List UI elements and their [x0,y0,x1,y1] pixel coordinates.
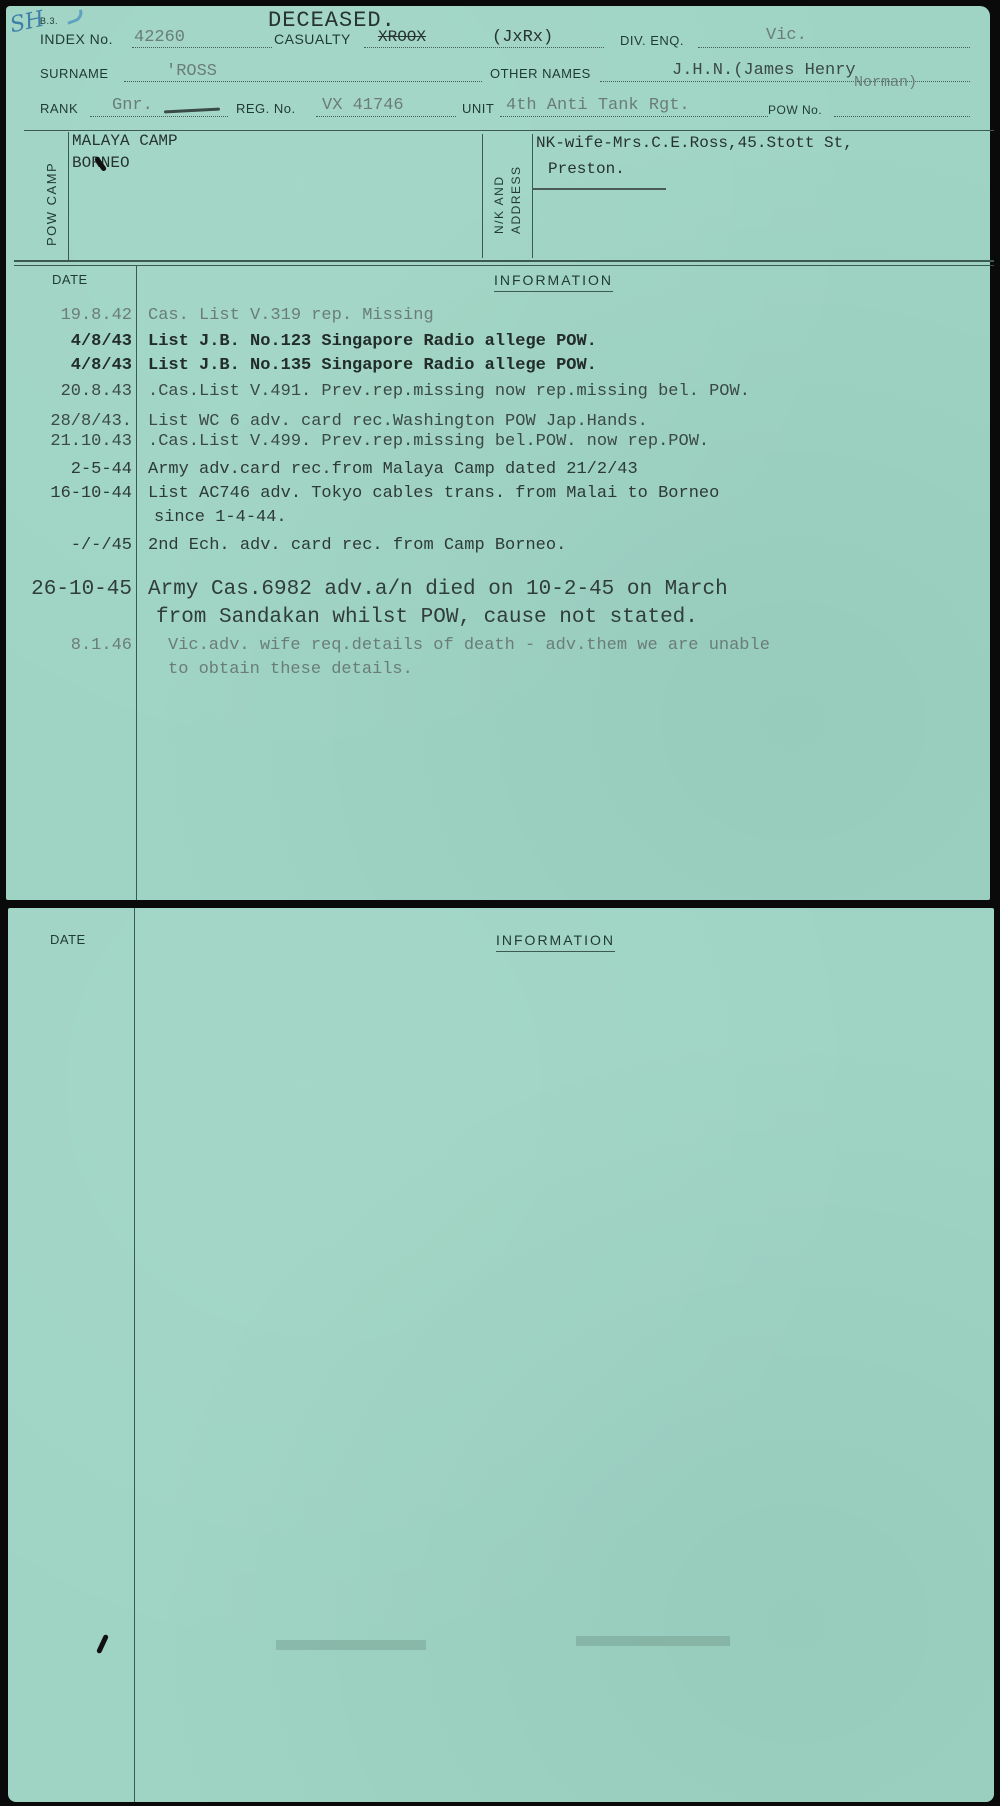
unit-label: UNIT [462,101,494,116]
entry-date: 16-10-44 [50,484,132,503]
reg-no-label: REG. No. [236,101,296,116]
entry-date: 8.1.46 [71,636,132,655]
entry-date: 4/8/43 [71,356,132,375]
entry-info: 2nd Ech. adv. card rec. from Camp Borneo… [148,536,566,555]
address-underline [532,188,666,190]
pow-no-label: POW No. [768,103,822,117]
nk-address-line-2: Preston. [548,160,625,178]
index-value: 42260 [134,28,185,47]
rank-value: Gnr. [112,96,153,115]
entry-info: Army adv.card rec.from Malaya Camp dated… [148,460,638,479]
nk-address-line-1: NK-wife-Mrs.C.E.Ross,45.Stott St, [536,134,853,152]
surname-label: SURNAME [40,66,109,81]
other-names-label: OTHER NAMES [490,66,591,81]
entry-info: Army Cas.6982 adv.a/n died on 10-2-45 on… [148,578,728,601]
faint-bleed-through [576,1636,730,1646]
entry-info: from Sandakan whilst POW, cause not stat… [156,606,698,629]
surname-value: 'ROSS [166,62,217,81]
entry-info: to obtain these details. [168,660,413,679]
entry-info: List WC 6 adv. card rec.Washington POW J… [148,412,648,431]
information-column-header: INFORMATION [496,932,615,952]
entry-info: Vic.adv. wife req.details of death - adv… [168,636,770,655]
entry-info: .Cas.List V.491. Prev.rep.missing now re… [148,382,750,401]
other-names-value: J.H.N.(James Henry [672,61,856,80]
reg-no-value: VX 41746 [322,96,404,115]
div-enq-value: Vic. [766,26,807,45]
div-enq-label: DIV. ENQ. [620,33,684,48]
casualty-label: CASUALTY [274,31,351,47]
ink-mark [96,1634,109,1654]
entry-info: Cas. List V.319 rep. Missing [148,306,434,325]
rank-label: RANK [40,101,78,116]
casualty-value: XROOX [378,28,426,46]
casualty-extra: (JxRx) [492,28,553,47]
other-names-value-2: Norman) [854,74,917,91]
unit-value: 4th Anti Tank Rgt. [506,96,690,115]
index-label: INDEX No. [40,31,113,47]
entry-info: since 1-4-44. [154,508,287,527]
entry-info: List J.B. No.135 Singapore Radio allege … [148,356,597,375]
record-card-front: SH B.3. DECEASED. INDEX No. 42260 CASUAL… [6,6,990,900]
date-column-header: DATE [52,272,88,287]
entry-info: List AC746 adv. Tokyo cables trans. from… [148,484,719,503]
entry-date: 19.8.42 [61,306,132,325]
entry-date: 4/8/43 [71,332,132,351]
entry-date: 28/8/43. [50,412,132,431]
nk-label-line-1: N/K AND [492,175,506,234]
nk-label-line-2: ADDRESS [509,165,523,234]
blue-tick-mark [65,9,85,25]
date-column-header: DATE [50,932,86,947]
deceased-stamp: DECEASED. [268,8,396,33]
pow-camp-label: POW CAMP [44,162,59,246]
entry-info: List J.B. No.123 Singapore Radio allege … [148,332,597,351]
entry-info: .Cas.List V.499. Prev.rep.missing bel.PO… [148,432,709,451]
entry-date: 21.10.43 [50,432,132,451]
form-code: B.3. [40,16,58,26]
entry-date: 26-10-45 [31,578,132,601]
information-column-header: INFORMATION [494,272,613,292]
pow-camp-line-1: MALAYA CAMP [72,132,178,150]
entry-date: 2-5-44 [71,460,132,479]
entry-date: -/-/45 [71,536,132,555]
faint-bleed-through [276,1640,426,1650]
record-card-back: DATE INFORMATION [8,908,994,1802]
entry-date: 20.8.43 [61,382,132,401]
rank-strike-mark [164,108,220,114]
